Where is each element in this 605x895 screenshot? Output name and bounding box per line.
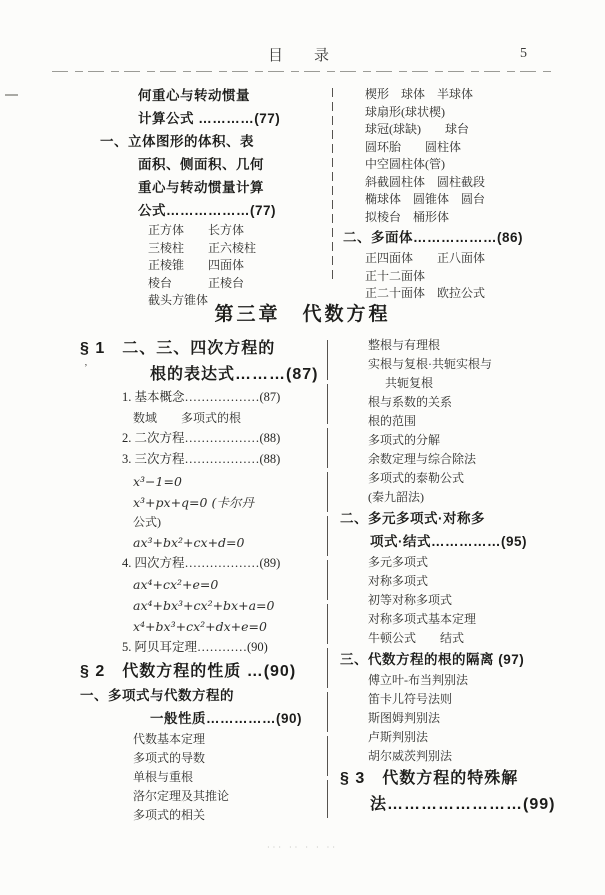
scanned-toc-page: 目 录 5 何重心与转动惯量计算公式 …………(77)一、立体图形的体积、表面积… (0, 0, 605, 895)
toc-line: 斯图姆判别法 (340, 709, 568, 728)
toc-line: 胡尔威茨判别法 (340, 747, 568, 766)
toc-line: 初等对称多项式 (340, 591, 568, 610)
toc-line: 球扇形(球状楔) (343, 104, 558, 122)
toc-line: 正十二面体 (343, 268, 558, 286)
toc-line: 根的范围 (340, 412, 568, 431)
toc-line: 公式………………(77) (100, 199, 338, 222)
toc-line: x⁴+bx³+cx²+dx+e=0 (80, 616, 328, 637)
toc-column-top-right: 楔形 球体 半球体球扇形(球状楔)球冠(球缺) 球台圆环胎 圆柱体中空圆柱体(管… (343, 86, 558, 303)
toc-line: 拟棱台 桶形体 (343, 209, 558, 227)
toc-line: 三、代数方程的根的隔离 (97) (340, 648, 568, 671)
toc-line: 洛尔定理及其推论 (80, 787, 328, 806)
toc-line: § 2 代数方程的性质 …(90) (80, 659, 328, 685)
toc-column-top-left: 何重心与转动惯量计算公式 …………(77)一、立体图形的体积、表面积、侧面积、几… (100, 84, 338, 310)
toc-line: 二、多面体………………(86) (343, 226, 558, 250)
toc-line: 牛顿公式 结式 (340, 629, 568, 648)
toc-line: 多项式的导数 (80, 749, 328, 768)
chapter-heading: 第三章 代数方程 (0, 299, 605, 326)
toc-line: 三棱柱 正六棱柱 (100, 240, 338, 258)
toc-line: ax⁴+bx³+cx²+bx+a=0 (80, 595, 328, 616)
toc-line: 何重心与转动惯量 (100, 84, 338, 107)
toc-line: 根与系数的关系 (340, 393, 568, 412)
toc-line: 面积、侧面积、几何 (100, 153, 338, 176)
toc-line: 公式) (80, 513, 328, 532)
toc-line: 项式·结式……………(95) (340, 530, 568, 553)
toc-line: 多项式的泰勒公式 (340, 469, 568, 488)
toc-line: x³−1=0 (80, 471, 328, 492)
toc-line: § 1 二、三、四次方程的 (80, 336, 328, 362)
toc-line: 傅立叶-布当判别法 (340, 671, 568, 690)
toc-column-bottom-right: 整根与有理根实根与复根·共轭实根与共轭复根根与系数的关系根的范围多项式的分解余数… (340, 336, 568, 817)
toc-line: 4. 四次方程………………(89) (80, 553, 328, 575)
toc-line: 数域 多项式的根 (80, 409, 328, 428)
toc-line: 单根与重根 (80, 768, 328, 787)
toc-line: 一、多项式与代数方程的 (80, 684, 328, 707)
scan-artifact-dash (5, 94, 18, 96)
toc-line: 余数定理与综合除法 (340, 450, 568, 469)
toc-line: 5. 阿贝耳定理…………(90) (80, 637, 328, 659)
toc-line: 多项式的相关 (80, 806, 328, 825)
toc-line: 重心与转动惯量计算 (100, 176, 338, 199)
toc-line: 笛卡儿符号法则 (340, 690, 568, 709)
toc-line: 正棱锥 四面体 (100, 257, 338, 275)
toc-line: 法……………………(99) (340, 792, 568, 818)
toc-line: 共轭复根 (340, 374, 568, 393)
toc-line: 2. 二次方程………………(88) (80, 428, 328, 450)
toc-line: 楔形 球体 半球体 (343, 86, 558, 104)
toc-line: 根的表达式………(87) (80, 362, 328, 388)
toc-line: 3. 三次方程………………(88) (80, 449, 328, 471)
toc-line: 中空圆柱体(管) (343, 156, 558, 174)
toc-line: 圆环胎 圆柱体 (343, 139, 558, 157)
toc-line: 对称多项式 (340, 572, 568, 591)
toc-line: 一般性质……………(90) (80, 707, 328, 730)
toc-line: 正方体 长方体 (100, 222, 338, 240)
toc-line: 球冠(球缺) 球台 (343, 121, 558, 139)
toc-line: 多项式的分解 (340, 431, 568, 450)
toc-line: 二、多元多项式·对称多 (340, 507, 568, 530)
header-rule (52, 71, 552, 72)
toc-line: 卢斯判别法 (340, 728, 568, 747)
toc-line: 多元多项式 (340, 553, 568, 572)
toc-line: 椭球体 圆锥体 圆台 (343, 191, 558, 209)
toc-line: 正四面体 正八面体 (343, 250, 558, 268)
toc-column-bottom-left: § 1 二、三、四次方程的根的表达式………(87)1. 基本概念………………(8… (80, 336, 328, 825)
toc-line: § 3 代数方程的特殊解 (340, 766, 568, 792)
toc-line: ax³+bx²+cx+d=0 (80, 532, 328, 553)
toc-line: 计算公式 …………(77) (100, 107, 338, 130)
toc-line: 整根与有理根 (340, 336, 568, 355)
toc-line: 斜截圆柱体 圆柱截段 (343, 174, 558, 192)
toc-line: (秦九韶法) (340, 488, 568, 507)
toc-line: 代数基本定理 (80, 730, 328, 749)
toc-line: 棱台 正棱台 (100, 275, 338, 293)
toc-line: ax⁴+cx²+e=0 (80, 574, 328, 595)
toc-line: 一、立体图形的体积、表 (100, 130, 338, 153)
page-number: 5 (520, 46, 527, 62)
footer-scan-marks: ··· ·· · · ·· (0, 843, 605, 852)
toc-line: 对称多项式基本定理 (340, 610, 568, 629)
toc-line: 1. 基本概念………………(87) (80, 387, 328, 409)
toc-line: 实根与复根·共轭实根与 (340, 355, 568, 374)
page-header-title: 目 录 (0, 44, 605, 65)
toc-line: x³+px+q=0 (卡尔丹 (80, 492, 328, 513)
